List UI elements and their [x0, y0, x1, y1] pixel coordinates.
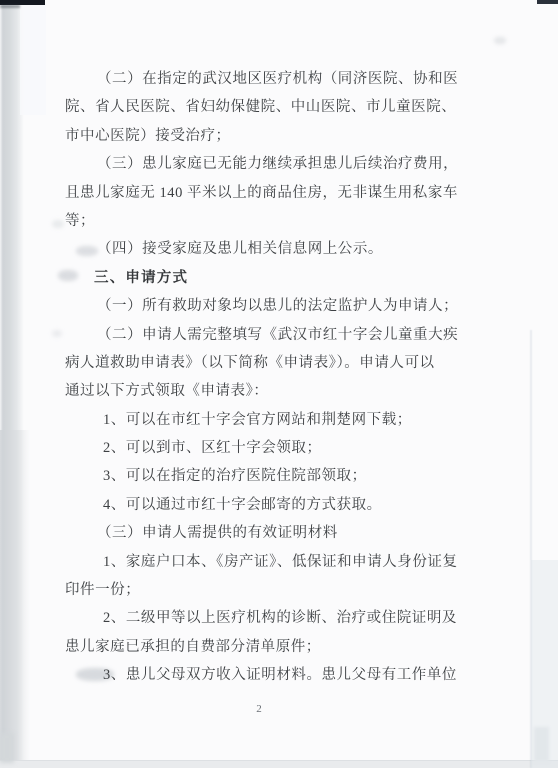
text-line: 病人道救助申请表》（以下简称《申请表》）。申请人可以	[65, 349, 457, 377]
text-line: 院、省人民医院、省妇幼保健院、中山医院、市儿童医院、	[65, 93, 457, 121]
document-text-body: （二）在指定的武汉地区医疗机构（同济医院、协和医 院、省人民医院、省妇幼保健院、…	[65, 65, 457, 690]
text-line: 3、患儿父母双方收入证明材料。患儿父母有工作单位	[65, 661, 457, 689]
scan-top-left-highlight	[20, 5, 46, 115]
text-line: 等；	[65, 207, 457, 235]
bleedthrough-smudge	[494, 37, 506, 44]
scan-top-left-dark-remnant	[0, 5, 20, 8]
text-line: （二）在指定的武汉地区医疗机构（同济医院、协和医	[65, 65, 457, 93]
scan-right-edge-tint	[531, 560, 558, 768]
text-line: 患儿家庭已承担的自费部分清单原件；	[65, 633, 457, 661]
scanned-document-page: （二）在指定的武汉地区医疗机构（同济医院、协和医 院、省人民医院、省妇幼保健院、…	[0, 0, 558, 768]
text-line: 3、可以在指定的治疗医院住院部领取；	[65, 462, 457, 490]
text-line: 1、可以在市红十字会官方网站和荆楚网下载；	[65, 406, 457, 434]
page-number: 2	[249, 703, 269, 715]
scan-left-shadow-lower	[0, 430, 30, 768]
section-heading: 三、申请方式	[65, 264, 457, 292]
text-line: 2、可以到市、区红十字会领取；	[65, 434, 457, 462]
text-line: （四）接受家庭及患儿相关信息网上公示。	[65, 235, 457, 263]
text-line: （二）申请人需完整填写《武汉市红十字会儿童重大疾	[65, 321, 457, 349]
scan-bottom-shadow-band	[0, 761, 558, 768]
text-line: 2、二级甲等以上医疗机构的诊断、治疗或住院证明及	[65, 604, 457, 632]
text-line: 且患儿家庭无 140 平米以上的商品住房，无非谋生用私家车	[65, 179, 457, 207]
scan-bottom-left-mark	[0, 733, 14, 763]
text-line: 市中心医院）接受治疗；	[65, 122, 457, 150]
text-line: （三）申请人需提供的有效证明材料	[65, 519, 457, 547]
text-line: 印件一份；	[65, 576, 457, 604]
bleedthrough-smudge	[52, 330, 62, 337]
scan-top-right-dark-mark	[537, 0, 558, 4]
bleedthrough-smudge	[52, 220, 64, 228]
text-line: （三）患儿家庭已无能力继续承担患儿后续治疗费用，	[65, 150, 457, 178]
text-line: （一）所有救助对象均以患儿的法定监护人为申请人；	[65, 292, 457, 320]
text-line: 4、可以通过市红十字会邮寄的方式获取。	[65, 491, 457, 519]
text-line: 1、家庭户口本、《房产证》、低保证和申请人身份证复	[65, 548, 457, 576]
text-line: 通过以下方式领取《申请表》：	[65, 377, 457, 405]
